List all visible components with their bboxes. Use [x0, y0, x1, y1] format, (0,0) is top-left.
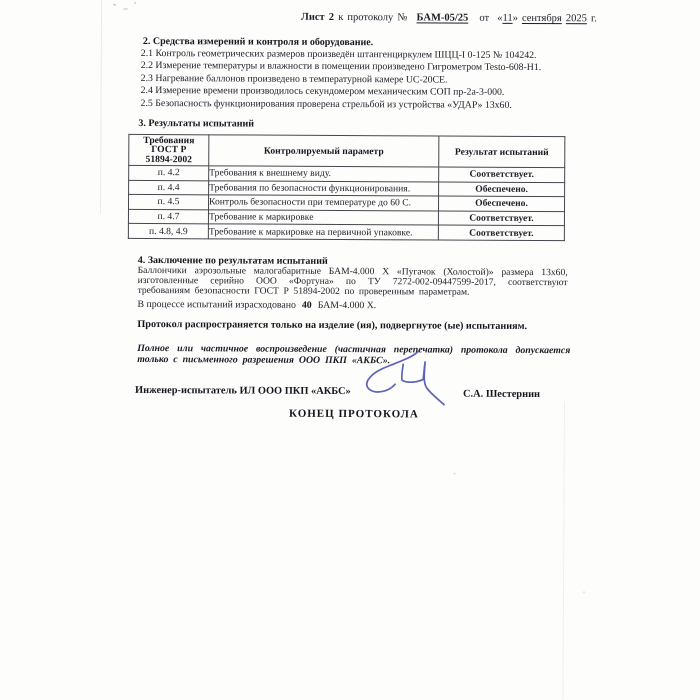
cell-result: Обеспечено. — [439, 182, 565, 197]
scan-smudge — [134, 2, 136, 4]
date-suffix: г. — [591, 13, 597, 24]
means-list: 2.1 Контроль геометрических размеров про… — [141, 48, 542, 112]
cell-result: Соответствует. — [439, 167, 565, 182]
scope-statement: Протокол распространяется только на изде… — [137, 319, 527, 332]
cell-requirement: п. 4.5 — [129, 195, 209, 210]
cell-result: Соответствует. — [438, 211, 564, 226]
sheet-number: Лист 2 — [301, 12, 334, 23]
signer-role: Инженер-испытатель ИЛ ООО ПКП «АКБС» — [135, 385, 351, 397]
scan-speck — [583, 591, 585, 593]
protocol-number: БАМ-05/25 — [417, 12, 469, 23]
means-item: 2.5 Безопасность функционирования провер… — [141, 98, 542, 113]
protocol-label: к протоколу № — [338, 12, 407, 23]
scan-edge-artifact — [100, 0, 102, 214]
signer-name: С.А. Шестернин — [463, 389, 540, 400]
scan-smudge — [123, 8, 128, 10]
cell-requirement: п. 4.7 — [128, 209, 208, 224]
date-day: 11 — [502, 13, 512, 24]
consumed-line: В процессе испытаний израсходовано40БАМ-… — [137, 299, 376, 311]
column-header-result: Результат испытаний — [439, 136, 565, 168]
date-year: 2025 — [566, 13, 587, 24]
handwritten-signature — [356, 348, 451, 406]
results-table: Требования ГОСТ Р 51894-2002 Контролируе… — [128, 134, 566, 241]
cell-requirement: п. 4.4 — [129, 180, 209, 195]
table-row: п. 4.8, 4.9 Требование к маркировке на п… — [128, 224, 564, 241]
column-header-parameter: Контролируемый параметр — [209, 135, 439, 167]
quote-close: » — [513, 13, 518, 24]
scan-speck — [454, 473, 456, 475]
column-header-requirements: Требования ГОСТ Р 51894-2002 — [129, 134, 209, 165]
page-header: Лист 2 к протоколу № БАМ-05/25 от «11» с… — [301, 12, 597, 25]
scanned-protocol-page: Лист 2 к протоколу № БАМ-05/25 от «11» с… — [0, 0, 700, 700]
section-means-title: 2. Средства измерений и контроля и обору… — [143, 36, 373, 48]
consumed-item: БАМ-4.000 Х. — [318, 300, 377, 311]
cell-parameter: Требования по безопасности функционирова… — [209, 180, 439, 196]
consumed-quantity: 40 — [302, 300, 312, 311]
conclusion-paragraph: Баллончики аэрозольные малогабаритные БА… — [138, 266, 568, 298]
cell-result: Обеспечено. — [438, 196, 564, 211]
reproduction-notice: Полное или частичное воспроизведение (ча… — [137, 343, 570, 368]
cell-requirement: п. 4.2 — [129, 165, 209, 180]
date-from-word: от — [479, 13, 489, 24]
cell-requirement: п. 4.8, 4.9 — [128, 224, 208, 239]
consumed-prefix: В процессе испытаний израсходовано — [137, 299, 295, 311]
section-results-title: 3. Результаты испытаний — [138, 118, 254, 130]
cell-parameter: Требования к внешнему виду. — [209, 166, 439, 182]
cell-parameter: Требование к маркировке — [208, 210, 438, 226]
page-content: Лист 2 к протоколу № БАМ-05/25 от «11» с… — [0, 0, 700, 700]
scan-smudge — [113, 3, 117, 6]
end-of-protocol-label: КОНЕЦ ПРОТОКОЛА — [139, 407, 569, 421]
scan-edge-artifact — [562, 401, 565, 700]
table-header-row: Требования ГОСТ Р 51894-2002 Контролируе… — [129, 134, 565, 167]
cell-result: Соответствует. — [438, 225, 564, 240]
date-month: сентября — [522, 13, 562, 24]
cell-parameter: Контроль безопасности при температуре до… — [209, 195, 439, 211]
cell-parameter: Требование к маркировке на первичной упа… — [208, 224, 438, 240]
